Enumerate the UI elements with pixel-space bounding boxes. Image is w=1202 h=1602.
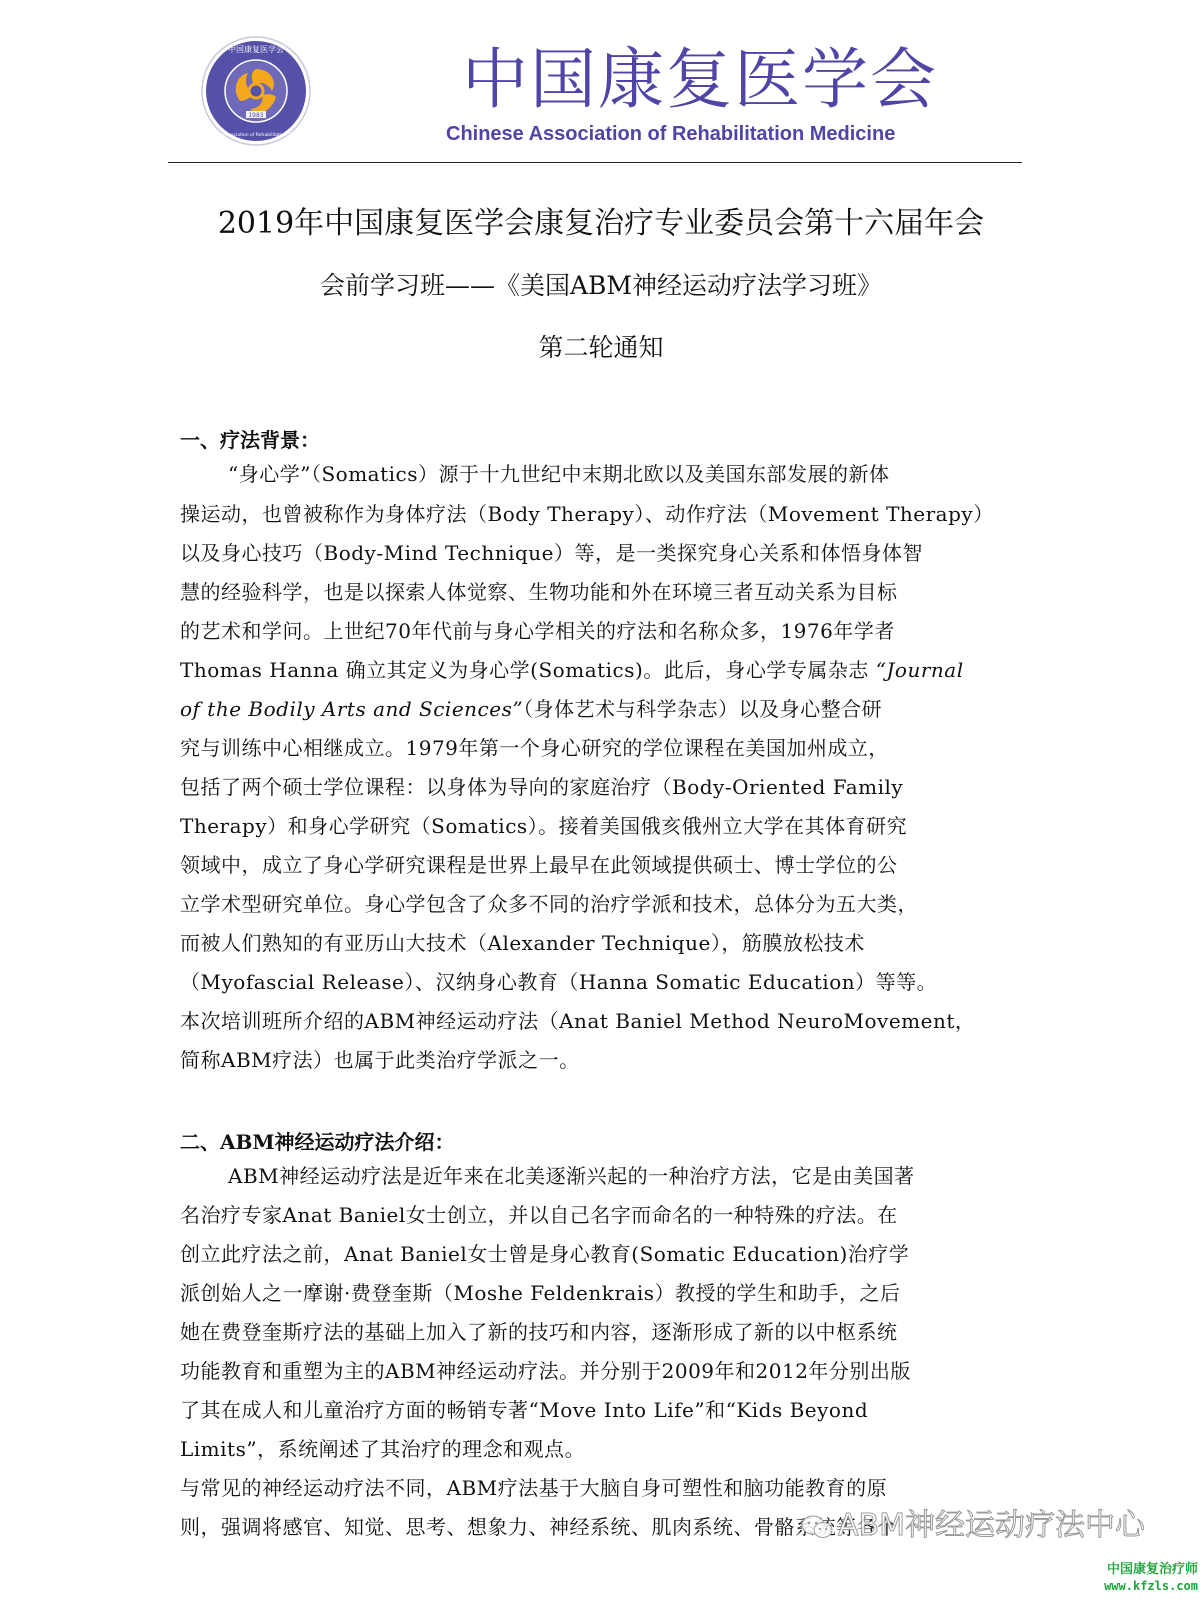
site-name: 中国康复治疗师 [1104,1562,1198,1578]
section-heading-background: 一、疗法背景： [180,424,320,453]
paragraph-line: “身心学”（Somatics）源于十九世纪中末期北欧以及美国东部发展的新体 [228,462,1058,486]
paragraph-line: 了其在成人和儿童治疗方面的畅销专著“Move Into Life”和“Kids … [180,1398,1010,1422]
journal-title-start: “Journal [876,658,964,682]
paragraph-line: 派创始人之一摩谢·费登奎斯（Moshe Feldenkrais）教授的学生和助手… [180,1281,1010,1305]
line-text: Thomas Hanna 确立其定义为身心学(Somatics)。此后，身心学专… [180,658,869,682]
wechat-watermark: ABM神经运动疗法中心 [800,1500,1145,1544]
site-badge: 中国康复治疗师 www.kfzls.com [1104,1562,1198,1594]
paragraph-line: 功能教育和重塑为主的ABM神经运动疗法。并分别于2009年和2012年分别出版 [180,1359,1010,1383]
line-text: （身体艺术与科学杂志）以及身心整合研 [523,697,882,721]
document-header: 1983 中国康复医学会 Chinese Association of Reha… [0,0,1202,170]
org-name-en: Chinese Association of Rehabilitation Me… [446,123,895,146]
paragraph-line: Thomas Hanna 确立其定义为身心学(Somatics)。此后，身心学专… [180,658,1010,682]
paragraph-line: of the Bodily Arts and Sciences”（身体艺术与科学… [180,697,1010,721]
svg-text:1983: 1983 [248,112,263,119]
paragraph-line: 与常见的神经运动疗法不同，ABM疗法基于大脑自身可塑性和脑功能教育的原 [180,1476,1010,1500]
site-url[interactable]: www.kfzls.com [1104,1578,1198,1594]
paragraph-line: 以及身心技巧（Body-Mind Technique）等，是一类探究身心关系和体… [180,541,1010,565]
paragraph-line: 创立此疗法之前，Anat Baniel女士曾是身心教育(Somatic Educ… [180,1242,1010,1266]
paragraph-line: Therapy）和身心学研究（Somatics）。接着美国俄亥俄州立大学在其体育… [180,814,1010,838]
paragraph-line: 她在费登奎斯疗法的基础上加入了新的技巧和内容，逐渐形成了新的以中枢系统 [180,1320,1010,1344]
svg-text:Chinese Association of Rehabil: Chinese Association of Rehabilitation Me… [204,132,309,138]
paragraph-line: Limits”，系统阐述了其治疗的理念和观点。 [180,1437,1010,1461]
paragraph-line: ABM神经运动疗法是近年来在北美逐渐兴起的一种治疗方法，它是由美国著 [228,1164,1058,1188]
paragraph-line: 立学术型研究单位。身心学包含了众多不同的治疗学派和技术，总体分为五大类， [180,892,1010,916]
paragraph-line: 而被人们熟知的有亚历山大技术（Alexander Technique），筋膜放松… [180,931,1010,955]
paragraph-line: 慧的经验科学，也是以探索人体觉察、生物功能和外在环境三者互动关系为目标 [180,580,1010,604]
paragraph-line: 究与训练中心相继成立。1979年第一个身心研究的学位课程在美国加州成立， [180,736,1010,760]
svg-text:中国康复医学会: 中国康复医学会 [228,44,284,54]
wechat-icon [800,1513,834,1541]
paragraph-line: （Myofascial Release）、汉纳身心教育（Hanna Somati… [180,970,1010,994]
section-heading-abm-intro: 二、ABM神经运动疗法介绍： [180,1126,455,1155]
journal-title-end: of the Bodily Arts and Sciences [180,697,512,721]
org-name-cn: 中国康复医学会 [462,40,938,120]
closing-quote: ” [512,697,523,721]
paragraph-line: 包括了两个硕士学位课程：以身体为导向的家庭治疗（Body-Oriented Fa… [180,775,1010,799]
header-divider [168,162,1022,163]
document-subtitle: 会前学习班——《美国ABM神经运动疗法学习班》 [0,266,1202,302]
notice-title: 第二轮通知 [0,328,1202,364]
cam-logo-icon: 1983 中国康复医学会 Chinese Association of Reha… [200,35,312,147]
watermark-text: ABM神经运动疗法中心 [838,1508,1145,1543]
document-title: 2019年中国康复医学会康复治疗专业委员会第十六届年会 [0,198,1202,242]
paragraph-line: 领域中，成立了身心学研究课程是世界上最早在此领域提供硕士、博士学位的公 [180,853,1010,877]
paragraph-line: 本次培训班所介绍的ABM神经运动疗法（Anat Baniel Method Ne… [180,1009,1010,1033]
paragraph-line: 名治疗专家Anat Baniel女士创立，并以自己名字而命名的一种特殊的疗法。在 [180,1203,1010,1227]
paragraph-line: 的艺术和学问。上世纪70年代前与身心学相关的疗法和名称众多，1976年学者 [180,619,1010,643]
paragraph-line: 简称ABM疗法）也属于此类治疗学派之一。 [180,1048,1010,1072]
paragraph-line: 操运动，也曾被称作为身体疗法（Body Therapy）、动作疗法（Moveme… [180,502,1010,526]
